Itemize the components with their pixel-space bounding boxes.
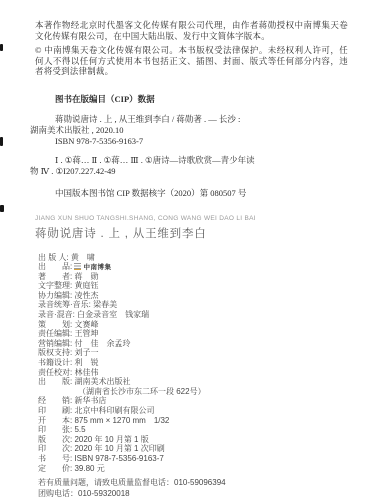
colophon-label: 印 张: — [38, 425, 74, 434]
colophon-label: 责任编辑: — [38, 329, 74, 338]
colophon-row: 版权支持: 刘子一 — [38, 348, 347, 358]
colophon-label: 录音统筹·音乐: — [38, 300, 93, 309]
colophon-value: 凌性杰 — [74, 291, 98, 300]
colophon-row: 出 品: 中南博集 — [38, 262, 347, 272]
cip-header: 图书在版编目（CIP）数据 — [30, 94, 347, 105]
footer: 若有质量问题，请致电质量监督电话：010-59096394 团购电话：010-5… — [38, 478, 347, 499]
colophon-label: 责任校对: — [38, 368, 74, 377]
colophon-row: 责任编辑: 王管坤 — [38, 329, 347, 339]
colophon-value: 5.5 — [74, 425, 85, 434]
cip-registry: 中国版本图书馆 CIP 数据核字（2020）第 080507 号 — [30, 188, 347, 199]
colophon-label: 协力编辑: — [38, 291, 74, 300]
colophon-value: 利 锐 — [74, 358, 98, 367]
colophon-label: 经 销: — [38, 396, 74, 405]
colophon-value: 蒋 勋 — [74, 272, 98, 281]
colophon-label: 著 者: — [38, 272, 74, 281]
colophon-row: 录音统筹·音乐: 梁春美 — [38, 300, 347, 310]
colophon-label: 定 价: — [38, 464, 74, 473]
colophon-row: 印 刷: 北京中科印刷有限公司 — [38, 406, 347, 416]
book-title-pinyin: JIANG XUN SHUO TANGSHI.SHANG, CONG WANG … — [35, 215, 347, 222]
colophon-value: 湖南美术出版社 — [74, 377, 130, 386]
colophon-value: 文赛峰 — [74, 320, 98, 329]
colophon-label: 书 号: — [38, 454, 74, 463]
publisher-logo-icon — [74, 262, 81, 270]
colophon-value: 北京中科印刷有限公司 — [74, 406, 154, 415]
colophon-row: 开 本: 875 mm × 1270 mm 1/32 — [38, 416, 347, 426]
colophon-value: 林佳伟 — [74, 368, 98, 377]
colophon-value: 黄庭钰 — [74, 281, 98, 290]
colophon-value: 刘子一 — [74, 348, 98, 357]
colophon-list: 出 版 人: 黄 啸出 品: 中南博集著 者: 蒋 勋文字整理: 黄庭钰协力编辑… — [38, 253, 347, 474]
scan-artifact — [0, 137, 3, 146]
cip-record: 蒋勋说唐诗 . 上 , 从王维到李白 / 蒋勋著 . — 长沙 : 湖南美术出版… — [30, 114, 242, 136]
colophon-label: 印 刷: — [38, 406, 74, 415]
cip-block: 图书在版编目（CIP）数据 蒋勋说唐诗 . 上 , 从王维到李白 / 蒋勋著 .… — [30, 94, 347, 199]
colophon-row: 经 销: 新华书店 — [38, 396, 347, 406]
colophon-label: 印 次: — [38, 444, 74, 453]
scan-artifact — [0, 44, 3, 51]
colophon-value: 875 mm × 1270 mm 1/32 — [74, 416, 169, 425]
colophon-value: （湖南省长沙市东二环一段 622号） — [38, 387, 206, 396]
colophon-row: 策 划: 文赛峰 — [38, 320, 347, 330]
colophon-row: 印 次: 2020 年 10 月第 1 次印刷 — [38, 444, 347, 454]
colophon-row: 文字整理: 黄庭钰 — [38, 281, 347, 291]
colophon-value: 2020 年 10 月第 1 版 — [74, 435, 148, 444]
colophon-row: 印 张: 5.5 — [38, 425, 347, 435]
book-title: 蒋勋说唐诗 . 上 , 从王维到李白 — [35, 225, 347, 241]
colophon-label: 开 本: — [38, 416, 74, 425]
colophon-value: 白金录音室 钱家瑞 — [77, 310, 149, 319]
colophon-row: 定 价: 39.80 元 — [38, 464, 347, 474]
colophon-row: 书籍设计: 利 锐 — [38, 358, 347, 368]
cip-isbn: ISBN 978-7-5356-9163-7 — [30, 136, 347, 147]
colophon-row: 书 号: ISBN 978-7-5356-9163-7 — [38, 454, 347, 464]
colophon-value: 中南博集 — [74, 262, 111, 271]
colophon-value: 王管坤 — [74, 329, 98, 338]
colophon-row: 出 版: 湖南美术出版社 — [38, 377, 347, 387]
title-block: JIANG XUN SHUO TANGSHI.SHANG, CONG WANG … — [35, 215, 347, 241]
colophon-row: 著 者: 蒋 勋 — [38, 272, 347, 282]
copyright-page: 本著作物经北京时代墨客文化传媒有限公司代理，由作者蒋勋授权中南博集天卷文化传媒有… — [0, 0, 375, 504]
colophon-value: 2020 年 10 月第 1 次印刷 — [74, 444, 164, 453]
scan-artifact — [0, 205, 4, 212]
colophon-value: 付 佳 余孟玲 — [74, 339, 130, 348]
colophon-label: 文字整理: — [38, 281, 74, 290]
colophon-label: 书籍设计: — [38, 358, 74, 367]
colophon-label: 出 版: — [38, 377, 74, 386]
colophon-label: 版 次: — [38, 435, 74, 444]
colophon-row: 录音·混音: 白金录音室 钱家瑞 — [38, 310, 347, 320]
colophon-value: 39.80 元 — [74, 464, 104, 473]
colophon-row: 出 版 人: 黄 啸 — [38, 253, 347, 263]
colophon-value: ISBN 978-7-5356-9163-7 — [74, 454, 163, 463]
agency-notice: 本著作物经北京时代墨客文化传媒有限公司代理，由作者蒋勋授权中南博集天卷文化传媒有… — [35, 20, 348, 41]
group-buy-hotline: 团购电话：010-59320018 — [38, 489, 347, 500]
quality-hotline: 若有质量问题，请致电质量监督电话：010-59096394 — [38, 478, 347, 489]
colophon-value: 黄 啸 — [71, 253, 95, 262]
colophon-label: 策 划: — [38, 320, 74, 329]
colophon-row: 责任校对: 林佳伟 — [38, 368, 347, 378]
colophon-label: 版权支持: — [38, 348, 74, 357]
colophon-label: 录音·混音: — [38, 310, 77, 319]
colophon-row: 营销编辑: 付 佳 余孟玲 — [38, 339, 347, 349]
colophon-value: 梁春美 — [93, 300, 117, 309]
cip-classification: Ⅰ . ①蒋… Ⅱ . ①蒋… Ⅲ . ①唐诗—诗歌欣赏—青少年读物 Ⅳ . ①… — [30, 155, 262, 177]
copyright-notice: © 中南博集天卷文化传媒有限公司。本书版权受法律保护。未经权利人许可，任何人不得… — [35, 45, 348, 77]
colophon-label: 出 品: — [38, 262, 74, 271]
colophon-label: 出 版 人: — [38, 253, 71, 262]
colophon-value: 新华书店 — [74, 396, 106, 405]
publisher-logo-text: 中南博集 — [83, 264, 111, 271]
colophon-label: 营销编辑: — [38, 339, 74, 348]
colophon-row: 版 次: 2020 年 10 月第 1 版 — [38, 435, 347, 445]
colophon-row: （湖南省长沙市东二环一段 622号） — [38, 387, 347, 397]
